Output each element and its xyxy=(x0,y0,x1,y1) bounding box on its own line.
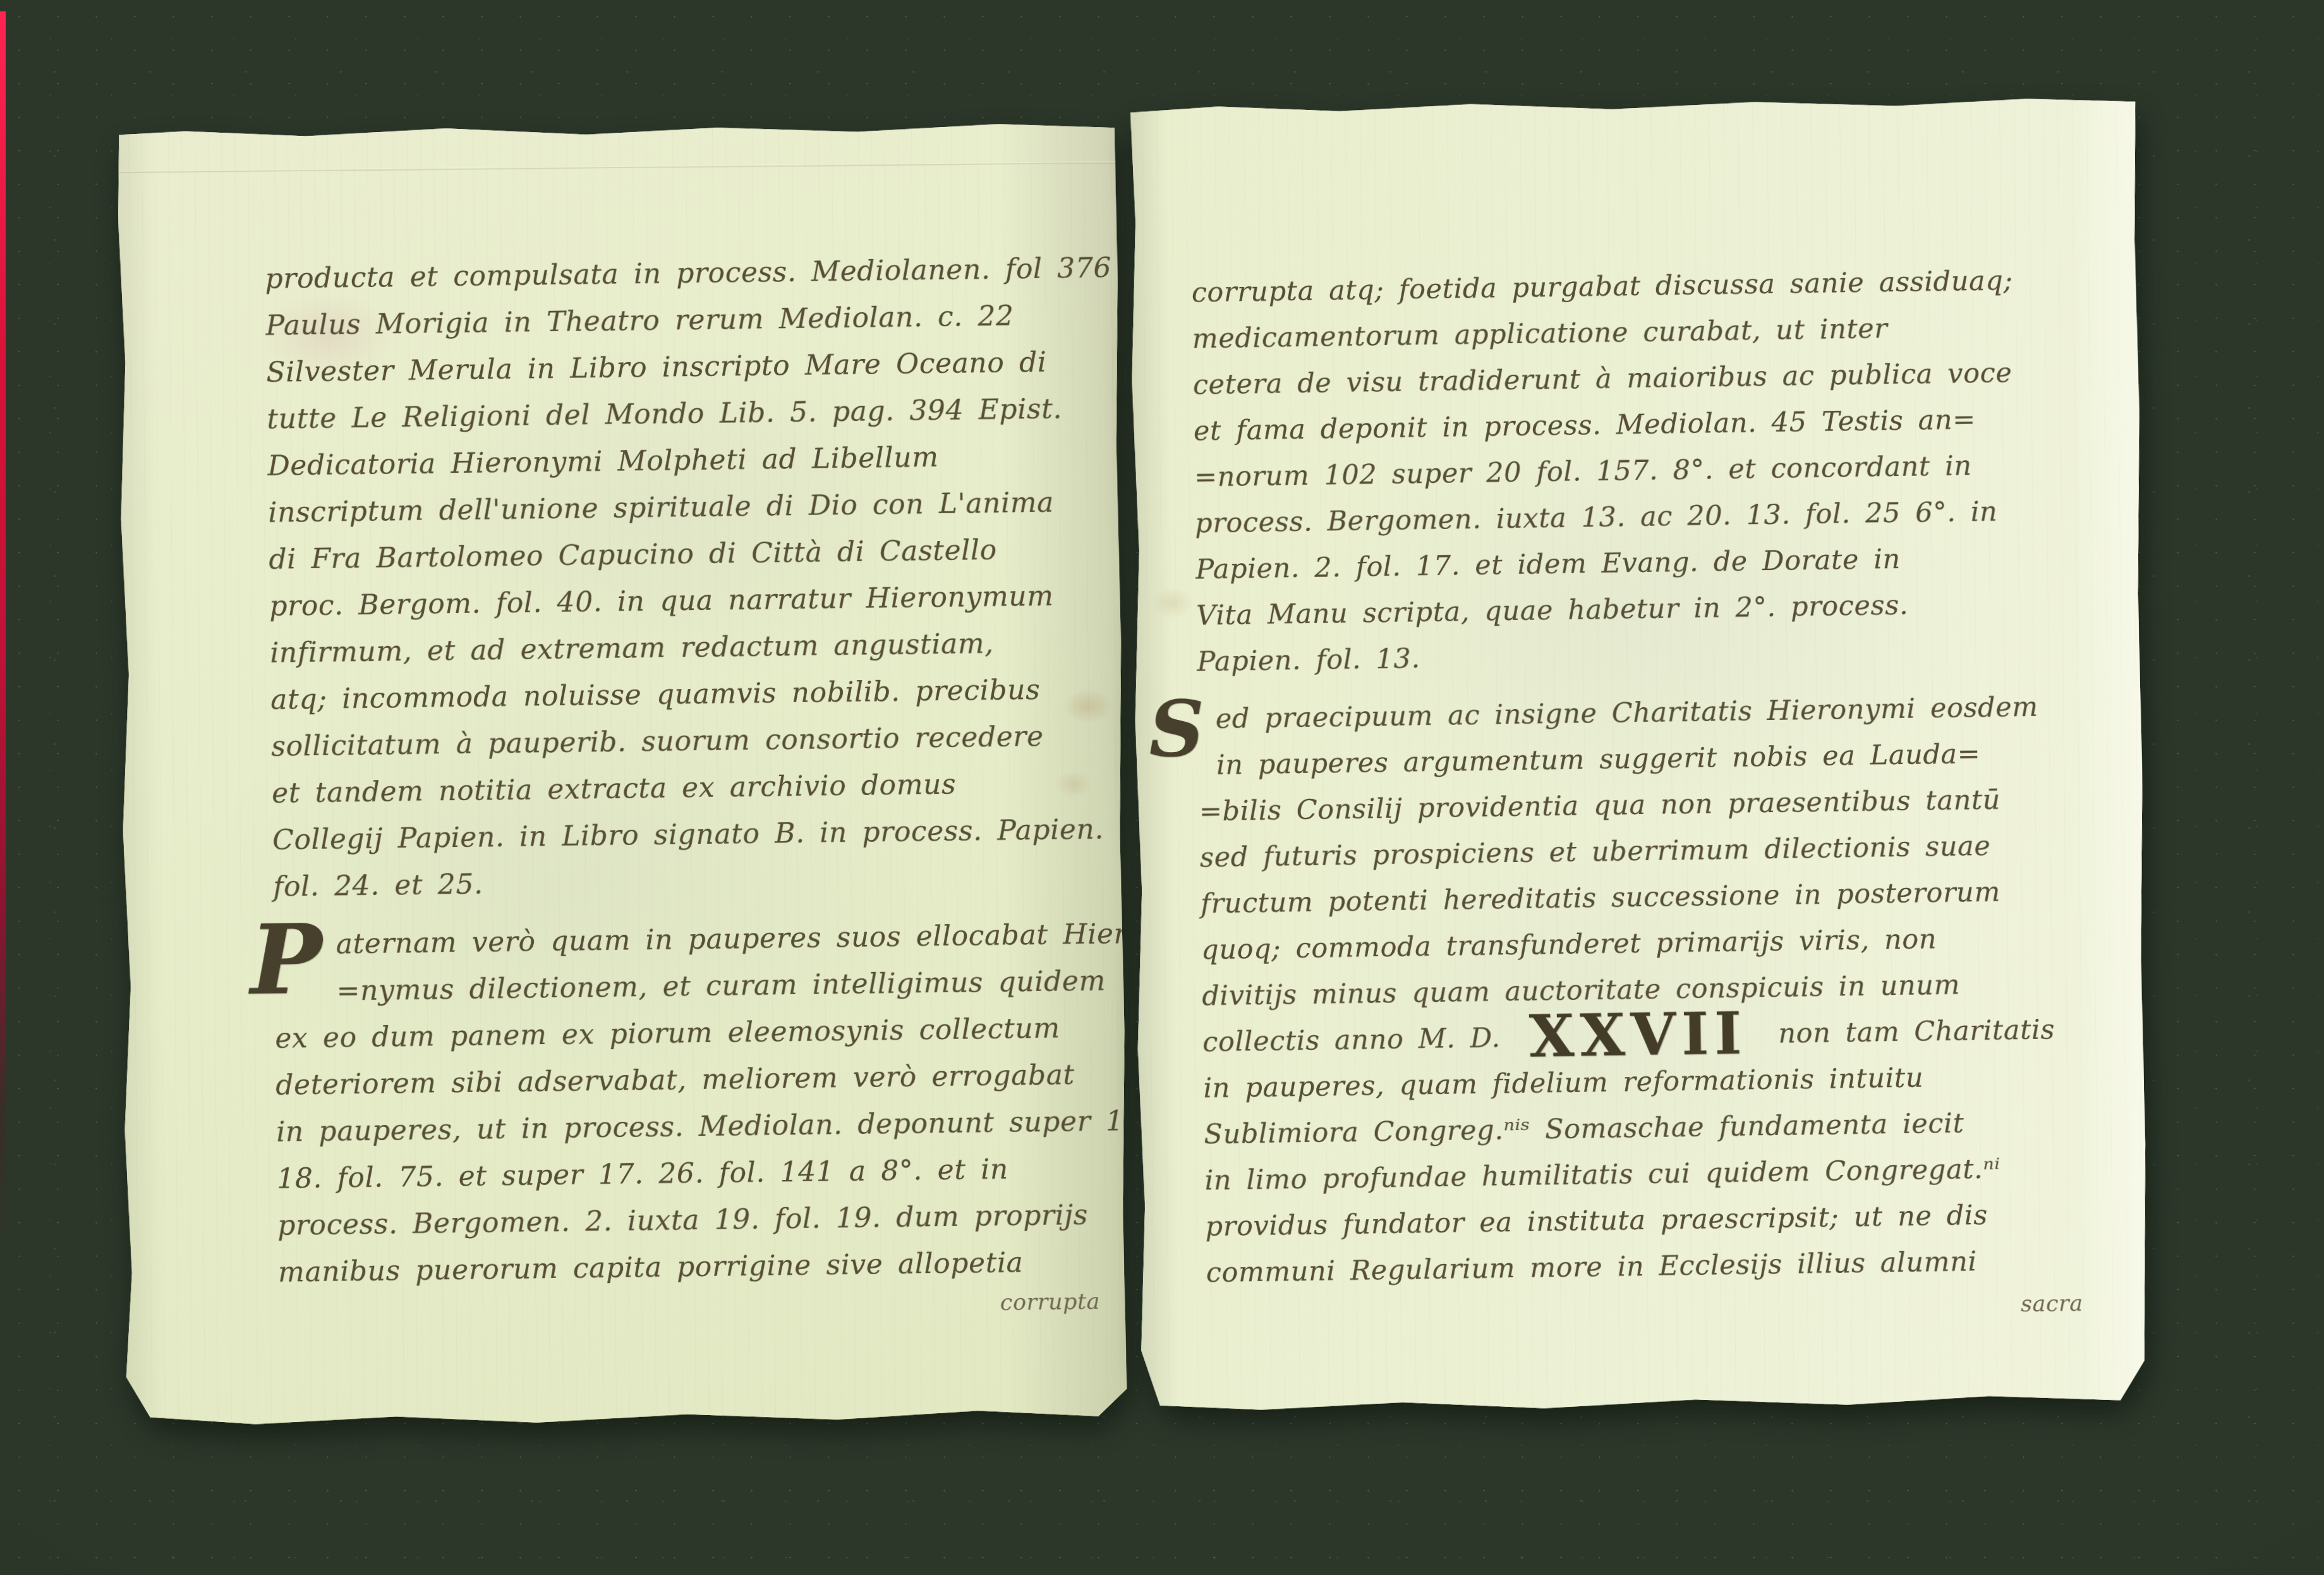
right-page-text: corrupta atq; foetida purgabat discussa … xyxy=(1191,257,2083,1329)
paragraph: S ed praecipuum ac insigne Charitatis Hi… xyxy=(1197,684,2083,1296)
manuscript-lines-block: producta et compulsata in process. Medio… xyxy=(265,245,1094,911)
left-page-text: producta et compulsata in process. Medio… xyxy=(265,245,1100,1325)
right-page-paper: corrupta atq; foetida purgabat discussa … xyxy=(1127,95,2151,1416)
date-line-pre: collectis anno M. D. xyxy=(1202,1022,1501,1058)
right-page: corrupta atq; foetida purgabat discussa … xyxy=(1127,95,2151,1416)
manuscript-lines-block: =nymus dilectionem, et curam intelligimu… xyxy=(274,958,1100,1296)
manuscript-photo: producta et compulsata in process. Medio… xyxy=(0,0,2324,1575)
manuscript-line: fol. 24. et 25. xyxy=(273,853,1095,911)
date-line-post: non tam Charitatis xyxy=(1778,1014,2055,1049)
drop-cap-initial: P xyxy=(250,919,323,1000)
paragraph: P aternam verò quam in pauperes suos ell… xyxy=(274,911,1100,1296)
manuscript-line: manibus puerorum capita porrigine sive a… xyxy=(278,1239,1100,1296)
manuscript-lines-block: in pauperes argumentum suggerit nobis ea… xyxy=(1198,730,2078,1020)
catchword: sacra xyxy=(1206,1291,2083,1330)
manuscript-lines-block: corrupta atq; foetida purgabat discussa … xyxy=(1191,257,2074,686)
red-edge-strip xyxy=(0,11,6,1260)
drop-cap-initial: S xyxy=(1148,695,1205,762)
left-page-paper: producta et compulsata in process. Medio… xyxy=(115,121,1129,1429)
left-page: producta et compulsata in process. Medio… xyxy=(115,121,1129,1429)
paper-crease xyxy=(115,161,1118,173)
catchword: corrupta xyxy=(279,1289,1100,1325)
manuscript-lines-block: in pauperes, quam fidelium reformationis… xyxy=(1203,1053,2083,1297)
